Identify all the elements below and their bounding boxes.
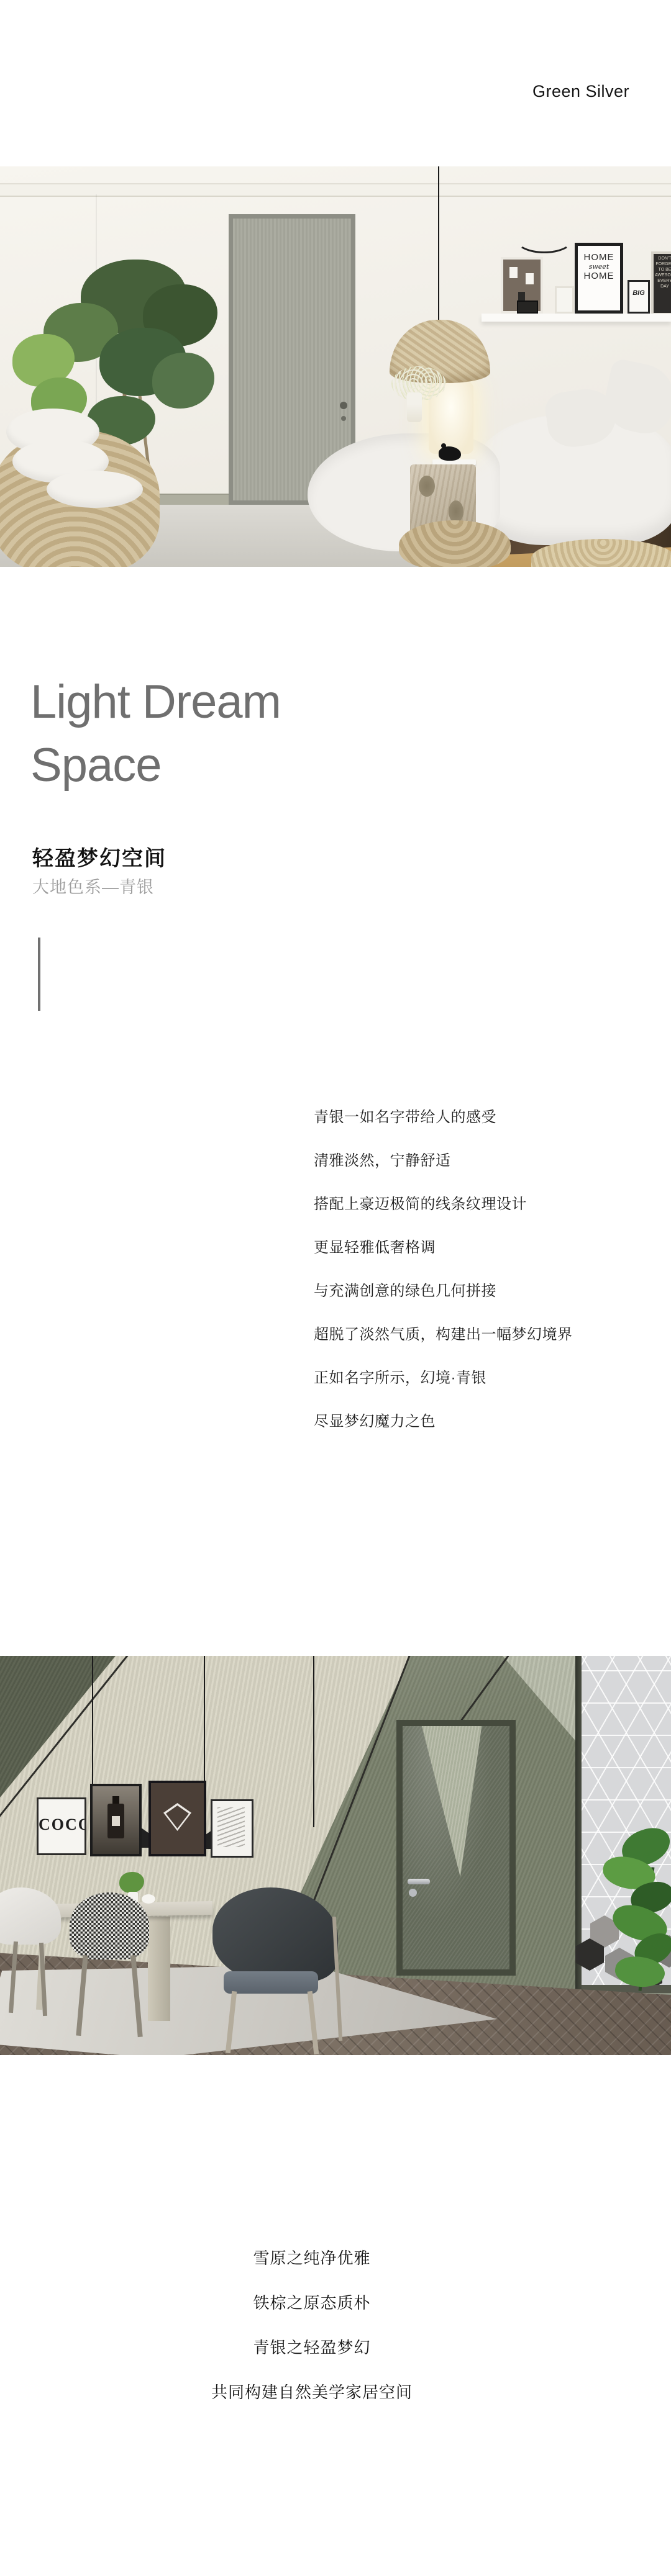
vertical-rule [38, 938, 40, 1011]
leaf-blob [152, 353, 214, 409]
page-title: Light Dream Space [30, 671, 281, 797]
door-handle [408, 1879, 430, 1884]
pendant-cord [313, 1656, 314, 1827]
crown-molding [0, 183, 671, 197]
big-frame: BIG [628, 280, 650, 314]
outro-paragraph: 雪原之纯净优雅 铁棕之原态质朴 青银之轻盈梦幻 共同构建自然美学家居空间 [1, 2236, 623, 2415]
page-title-cn: 轻盈梦幻空间 [32, 841, 167, 872]
brand-title: Green Silver [532, 82, 629, 101]
intro-line: 超脱了淡然气质，构建出一幅梦幻境界 [314, 1313, 573, 1357]
botanical-frame [555, 286, 574, 314]
home-sweet-home-frame: HOME sweet HOME [575, 243, 623, 314]
picture-ledge-shelf [482, 314, 671, 322]
diamond-art-frame [148, 1781, 206, 1856]
frame-text: BIG [629, 289, 648, 297]
pinned-note [526, 273, 534, 284]
lamp-cord [438, 166, 439, 322]
frame-text: COCO [39, 1815, 84, 1834]
bear-figurine [439, 446, 461, 461]
mini-photo-frame [517, 301, 538, 314]
photo-dining-room: COCO [0, 1656, 671, 2055]
intro-line: 更显轻雅低奢格调 [314, 1226, 573, 1270]
outro-line: 铁棕之原态质朴 [1, 2280, 623, 2325]
intro-line: 与充满创意的绿色几何拼接 [314, 1270, 573, 1313]
door-knob [340, 402, 347, 409]
outro-line: 雪原之纯净优雅 [1, 2236, 623, 2280]
photo-bedroom: HOME sweet HOME BIG DON'T FORGET TO BE A… [0, 166, 671, 567]
rope-armchair [0, 430, 160, 567]
frame-text: HOME [578, 271, 620, 281]
pinned-note [509, 267, 518, 278]
wire-wall-decor [516, 226, 573, 253]
patterned-vase [407, 392, 422, 422]
table-ball-decor [142, 1894, 155, 1904]
intro-line: 清雅淡然，宁静舒适 [314, 1139, 573, 1183]
green-silver-door [396, 1720, 516, 1976]
door-inlay-triangle [403, 1726, 509, 1969]
outro-line: 共同构建自然美学家居空间 [1, 2370, 623, 2415]
intro-line: 青银一如名字带给人的感受 [314, 1096, 573, 1139]
page-title-line1: Light Dream [30, 671, 281, 734]
frame-text: DON'T FORGET TO BE AWESOME EVERY DAY [654, 254, 671, 291]
sketch-art [217, 1807, 245, 1847]
corner-plant [578, 1830, 671, 1993]
outro-line: 青银之轻盈梦幻 [1, 2325, 623, 2370]
page-title-line2: Space [30, 734, 281, 797]
coco-frame: COCO [37, 1797, 86, 1855]
bear-ear [441, 443, 446, 448]
intro-line: 搭配上豪迈极简的线条纹理设计 [314, 1183, 573, 1226]
intro-paragraph: 青银一如名字带给人的感受 清雅淡然，宁静舒适 搭配上豪迈极简的线条纹理设计 更显… [314, 1096, 573, 1444]
dark-chair-seat [224, 1971, 318, 1994]
intro-line: 正如名字所示，幻境·青银 [314, 1357, 573, 1400]
frame-text: sweet [578, 263, 620, 271]
armchair-seat-cushion [47, 471, 143, 508]
rope-pouf [399, 520, 511, 567]
cube-hole [449, 500, 463, 523]
pinned-note [518, 292, 525, 301]
houndstooth-chair [70, 1892, 149, 1959]
frame-text: HOME [578, 252, 620, 263]
chalkboard-frame: DON'T FORGET TO BE AWESOME EVERY DAY [651, 251, 671, 315]
page-subtitle-cn: 大地色系—青银 [32, 874, 154, 898]
promo-page: Green Silver [0, 0, 671, 2576]
perfume-frame [90, 1784, 142, 1856]
door-lock-cylinder [409, 1889, 417, 1897]
bottle-label [112, 1816, 120, 1826]
table-panel-leg [148, 1917, 170, 2021]
sketch-frame [211, 1799, 253, 1858]
door-lock [341, 416, 346, 421]
cube-hole [419, 476, 435, 497]
intro-line: 尽显梦幻魔力之色 [314, 1400, 573, 1444]
